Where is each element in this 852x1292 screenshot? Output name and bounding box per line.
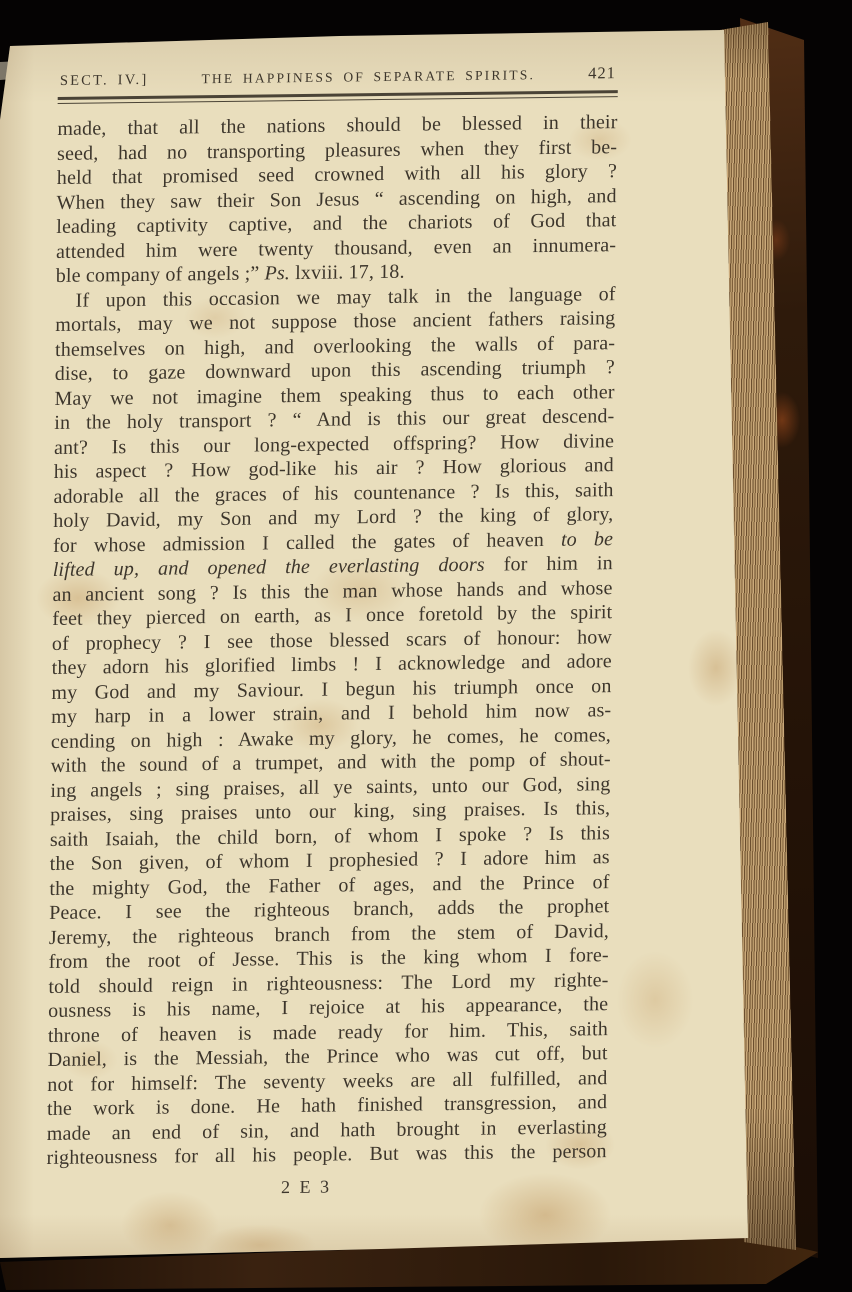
header-rule	[58, 90, 618, 104]
page-number: 421	[588, 63, 616, 83]
printed-text-block: SECT. IV.] THE HAPPINESS OF SEPARATE SPI…	[46, 63, 618, 1200]
body-text: made, that all the nations should be ble…	[46, 110, 617, 1170]
running-title: THE HAPPINESS OF SEPARATE SPIRITS.	[201, 67, 535, 87]
section-label: SECT. IV.]	[60, 72, 149, 90]
